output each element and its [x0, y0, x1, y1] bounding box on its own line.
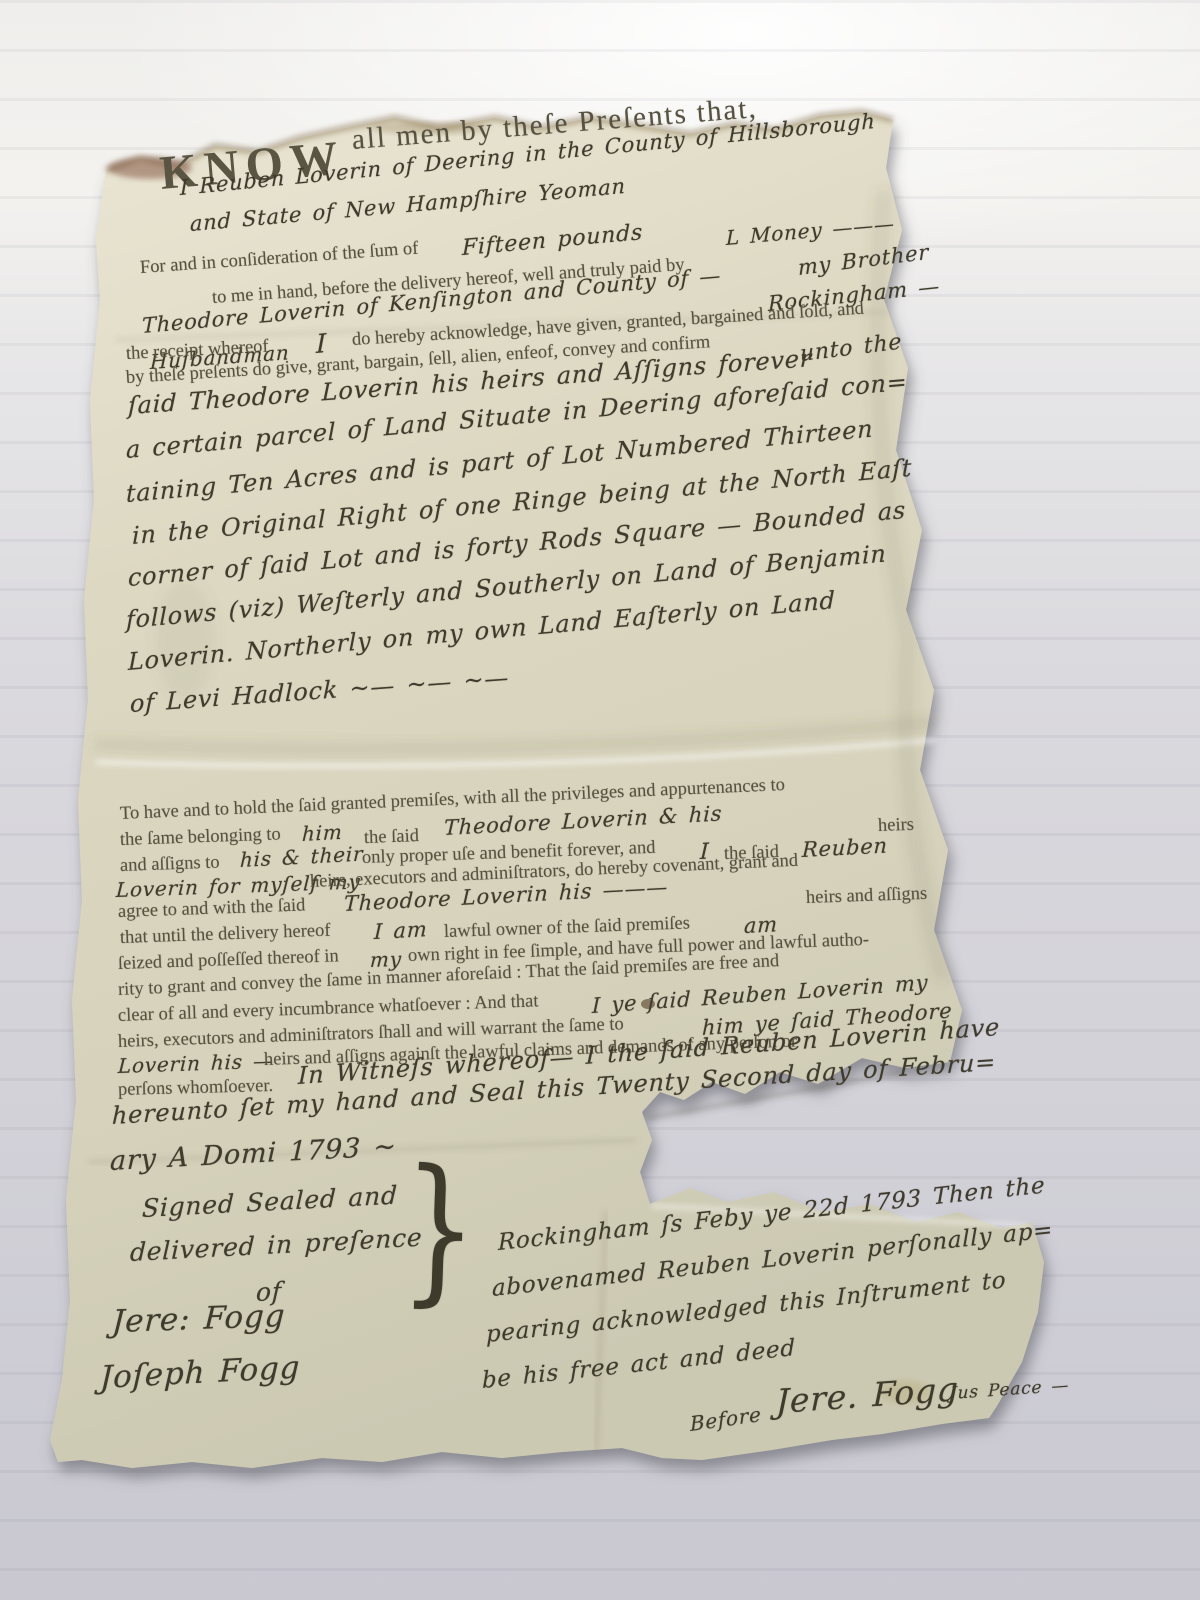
covenant-insert-iam: I am — [374, 917, 428, 944]
covenant-line-2b: heirs and aſſigns — [806, 884, 928, 909]
habendum-line-3a: and aſſigns to — [120, 853, 220, 877]
witness-signature-jere-fogg: Jere: Fogg — [111, 1298, 286, 1340]
habendum-insert-reuben: Reuben — [802, 833, 889, 862]
attestation-brace: } — [399, 1134, 481, 1323]
photo-of-deed: KNOW all men by theſe Preſents that, I R… — [0, 0, 1200, 1600]
